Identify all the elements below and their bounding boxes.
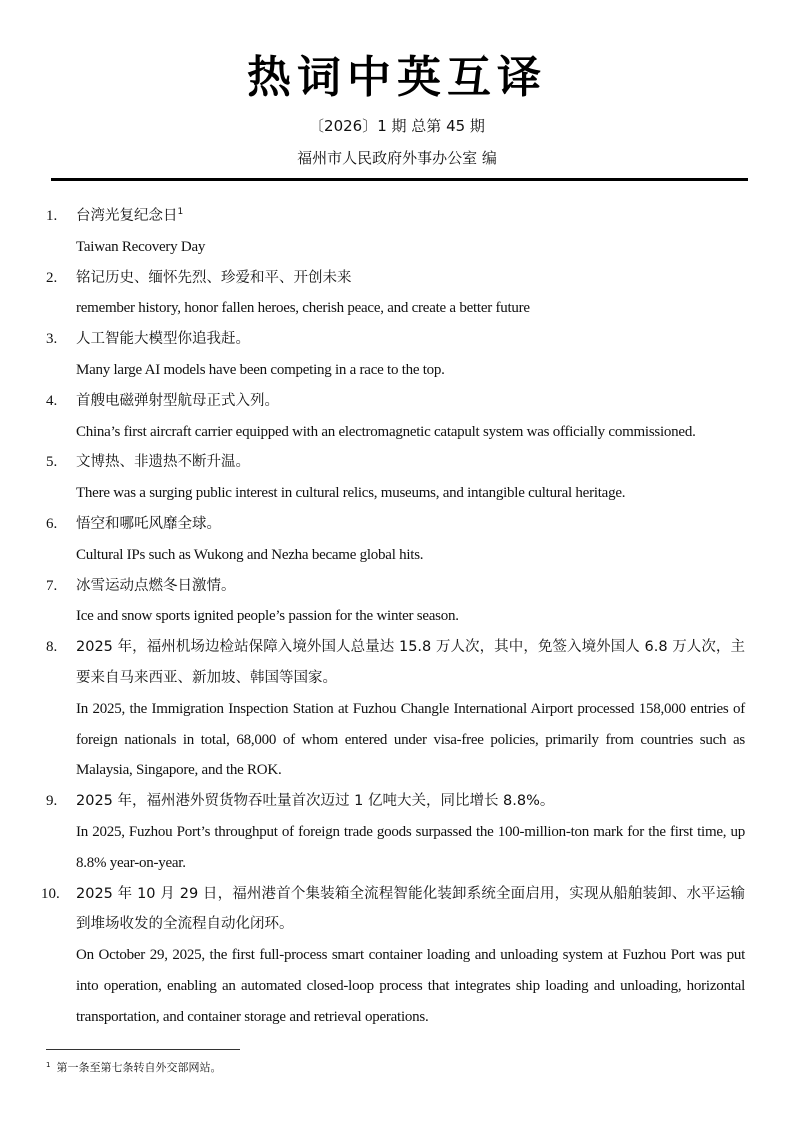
entry-number: 4. — [46, 386, 57, 417]
entry-english: On October 29, 2025, the first full-proc… — [76, 940, 745, 1032]
entry-chinese: 2025 年，福州港外贸货物吞吐量首次迈过 1 亿吨大关，同比增长 8.8%。 — [76, 786, 745, 817]
header-divider — [51, 178, 748, 181]
glossary-list: 1. 台湾光复纪念日1 Taiwan Recovery Day 2. 铭记历史、… — [46, 201, 746, 1033]
glossary-entry: 9. 2025 年，福州港外贸货物吞吐量首次迈过 1 亿吨大关，同比增长 8.8… — [46, 786, 746, 878]
footnote: 1第一条至第七条转自外交部网站。 — [46, 1057, 221, 1076]
issue-number: 〔2026〕1 期 总第 45 期 — [0, 116, 794, 136]
entry-chinese: 首艘电磁弹射型航母正式入列。 — [76, 386, 745, 417]
entry-number: 9. — [46, 786, 57, 817]
entry-english: Ice and snow sports ignited people’s pas… — [76, 601, 745, 632]
glossary-entry: 8. 2025 年，福州机场边检站保障入境外国人总量达 15.8 万人次，其中，… — [46, 632, 746, 786]
entry-chinese-text: 台湾光复纪念日 — [76, 208, 178, 224]
entry-english: Many large AI models have been competing… — [76, 355, 745, 386]
entry-english: China’s first aircraft carrier equipped … — [76, 417, 745, 448]
glossary-entry: 2. 铭记历史、缅怀先烈、珍爱和平、开创未来 remember history,… — [46, 263, 746, 325]
entry-number: 6. — [46, 509, 57, 540]
entry-english: Cultural IPs such as Wukong and Nezha be… — [76, 540, 745, 571]
glossary-entry: 5. 文博热、非遗热不断升温。 There was a surging publ… — [46, 447, 746, 509]
entry-number: 3. — [46, 324, 57, 355]
footnote-marker: 1 — [46, 1061, 50, 1069]
publisher-line: 福州市人民政府外事办公室 编 — [0, 148, 794, 168]
glossary-entry: 4. 首艘电磁弹射型航母正式入列。 China’s first aircraft… — [46, 386, 746, 448]
entry-number: 8. — [46, 632, 57, 663]
entry-number: 7. — [46, 571, 57, 602]
entry-number: 2. — [46, 263, 57, 294]
footnote-divider — [46, 1049, 240, 1050]
glossary-entry: 1. 台湾光复纪念日1 Taiwan Recovery Day — [46, 201, 746, 263]
entry-chinese: 2025 年，福州机场边检站保障入境外国人总量达 15.8 万人次，其中，免签入… — [76, 632, 745, 694]
entry-chinese: 2025 年 10 月 29 日，福州港首个集装箱全流程智能化装卸系统全面启用，… — [76, 879, 745, 941]
entry-english: In 2025, the Immigration Inspection Stat… — [76, 694, 745, 786]
entry-chinese: 文博热、非遗热不断升温。 — [76, 447, 745, 478]
glossary-entry: 3. 人工智能大模型你追我赶。 Many large AI models hav… — [46, 324, 746, 386]
entry-chinese: 悟空和哪吒风靡全球。 — [76, 509, 745, 540]
document-title: 热词中英互译 — [0, 50, 794, 106]
entry-english: In 2025, Fuzhou Port’s throughput of for… — [76, 817, 745, 879]
entry-english: There was a surging public interest in c… — [76, 478, 745, 509]
entry-chinese: 冰雪运动点燃冬日激情。 — [76, 571, 745, 602]
entry-number: 5. — [46, 447, 57, 478]
glossary-entry: 6. 悟空和哪吒风靡全球。 Cultural IPs such as Wukon… — [46, 509, 746, 571]
footnote-reference[interactable]: 1 — [178, 207, 184, 217]
glossary-entry: 10. 2025 年 10 月 29 日，福州港首个集装箱全流程智能化装卸系统全… — [46, 879, 746, 1033]
entry-number: 1. — [46, 201, 57, 232]
footnote-text: 第一条至第七条转自外交部网站。 — [56, 1061, 221, 1074]
entry-number: 10. — [41, 879, 60, 910]
entry-english: Taiwan Recovery Day — [76, 232, 745, 263]
entry-chinese: 台湾光复纪念日1 — [76, 201, 745, 232]
entry-chinese: 铭记历史、缅怀先烈、珍爱和平、开创未来 — [76, 263, 745, 294]
entry-english: remember history, honor fallen heroes, c… — [76, 293, 745, 324]
entry-chinese: 人工智能大模型你追我赶。 — [76, 324, 745, 355]
glossary-entry: 7. 冰雪运动点燃冬日激情。 Ice and snow sports ignit… — [46, 571, 746, 633]
